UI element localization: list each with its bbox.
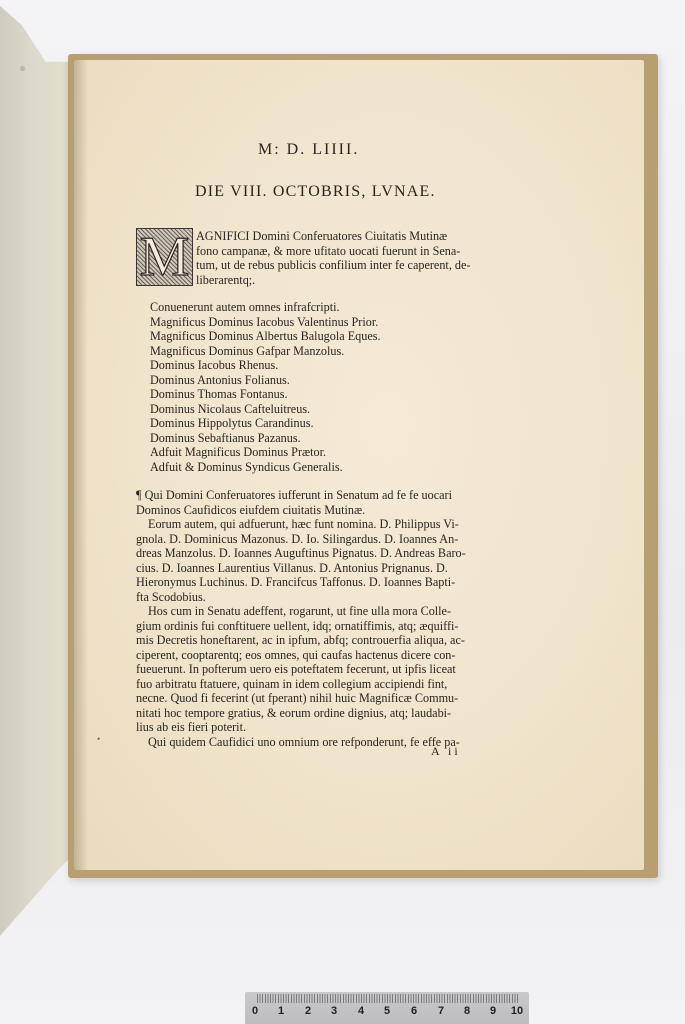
attendee-line: Dominus Thomas Fontanus. [150, 387, 381, 402]
body-line: necne. Quod fi fecerint (ut fperant) nih… [136, 691, 466, 706]
intro-line: AGNIFICI Domini Conferuatores Ciuitatis … [196, 229, 470, 244]
intro-line: liberarentq;. [196, 273, 470, 288]
ruler-label: 10 [511, 1005, 523, 1017]
signature-mark: A ii [431, 744, 461, 759]
ruler-label: 8 [464, 1005, 470, 1017]
attendee-line: Conuenerunt autem omnes infrafcripti. [150, 300, 381, 315]
body-line: gium ordinis fui conftituere uellent, id… [136, 619, 466, 634]
body-line: Qui quidem Caufidici uno omnium ore refp… [136, 735, 466, 750]
body-line: lius ab eis fieri poterit. [136, 720, 466, 735]
drop-cap-letter: M [137, 229, 192, 285]
attendee-line: Magnificus Dominus Iacobus Valentinus Pr… [150, 315, 381, 330]
ruler-label: 5 [384, 1005, 390, 1017]
intro-paragraph: AGNIFICI Domini Conferuatores Ciuitatis … [196, 229, 470, 287]
ruler-label: 7 [438, 1005, 444, 1017]
attendee-list: Conuenerunt autem omnes infrafcripti. Ma… [150, 300, 381, 474]
ruler-label: 2 [305, 1005, 311, 1017]
body-line: Hos cum in Senatu adeffent, rogarunt, ut… [136, 604, 466, 619]
body-line: Hieronymus Luchinus. D. Francifcus Taffo… [136, 575, 466, 590]
ruler-label: 1 [278, 1005, 284, 1017]
body-line: Eorum autem, qui adfuerunt, hæc funt nom… [136, 517, 466, 532]
foxing-spot [20, 66, 25, 71]
attendee-line: Dominus Hippolytus Carandinus. [150, 416, 381, 431]
scale-ruler: 0 1 2 3 4 5 6 7 8 9 10 [245, 992, 529, 1024]
body-line: fuo arbitratu ftatuere, quinam in idem c… [136, 677, 466, 692]
body-line: cius. D. Ioannes Laurentius Villanus. D.… [136, 561, 466, 576]
body-line: fueuerunt. In pofterum uero eis poteftat… [136, 662, 466, 677]
attendee-line: Dominus Nicolaus Cafteluitreus. [150, 402, 381, 417]
intro-line: fono campanæ, & more ufitato uocati fuer… [196, 244, 470, 259]
body-line: ciperent, cooptarentq; eos omnes, qui ca… [136, 648, 466, 663]
body-text: ¶ Qui Domini Conferuatores iufferunt in … [136, 488, 466, 749]
ruler-ticks [257, 994, 519, 1003]
body-line: gnola. D. Dominicus Mazonus. D. Io. Sili… [136, 532, 466, 547]
attendee-line: Dominus Iacobus Rhenus. [150, 358, 381, 373]
attendee-line: Adfuit & Dominus Syndicus Generalis. [150, 460, 381, 475]
left-page-edge [0, 6, 76, 936]
intro-line: tum, ut de rebus publicis confilium inte… [196, 258, 470, 273]
ruler-label: 9 [490, 1005, 496, 1017]
year-heading: M: D. LIIII. [258, 141, 359, 159]
ruler-label: 3 [331, 1005, 337, 1017]
date-heading: DIE VIII. OCTOBRIS, LVNAE. [195, 183, 436, 201]
ruler-label: 4 [358, 1005, 364, 1017]
attendee-line: Adfuit Magnificus Dominus Prætor. [150, 445, 381, 460]
attendee-line: Magnificus Dominus Gafpar Manzolus. [150, 344, 381, 359]
body-line: dreas Manzolus. D. Ioannes Auguftinus Pi… [136, 546, 466, 561]
decorated-initial: M [136, 228, 193, 286]
body-line: nitati hoc tempore gratius, & eorum ordi… [136, 706, 466, 721]
attendee-line: Magnificus Dominus Albertus Balugola Equ… [150, 329, 381, 344]
ruler-label: 6 [411, 1005, 417, 1017]
body-line: Dominos Caufidicos eiufdem ciuitatis Mut… [136, 503, 466, 518]
body-line: fta Scodobius. [136, 590, 466, 605]
gutter-shadow [74, 60, 88, 870]
ruler-label: 0 [252, 1005, 258, 1017]
body-line: mis Decretis honeftarent, ac in ipfum, a… [136, 633, 466, 648]
attendee-line: Dominus Antonius Folianus. [150, 373, 381, 388]
attendee-line: Dominus Sebaftianus Pazanus. [150, 431, 381, 446]
margin-mark: • [97, 734, 100, 744]
body-line: ¶ Qui Domini Conferuatores iufferunt in … [136, 488, 466, 503]
